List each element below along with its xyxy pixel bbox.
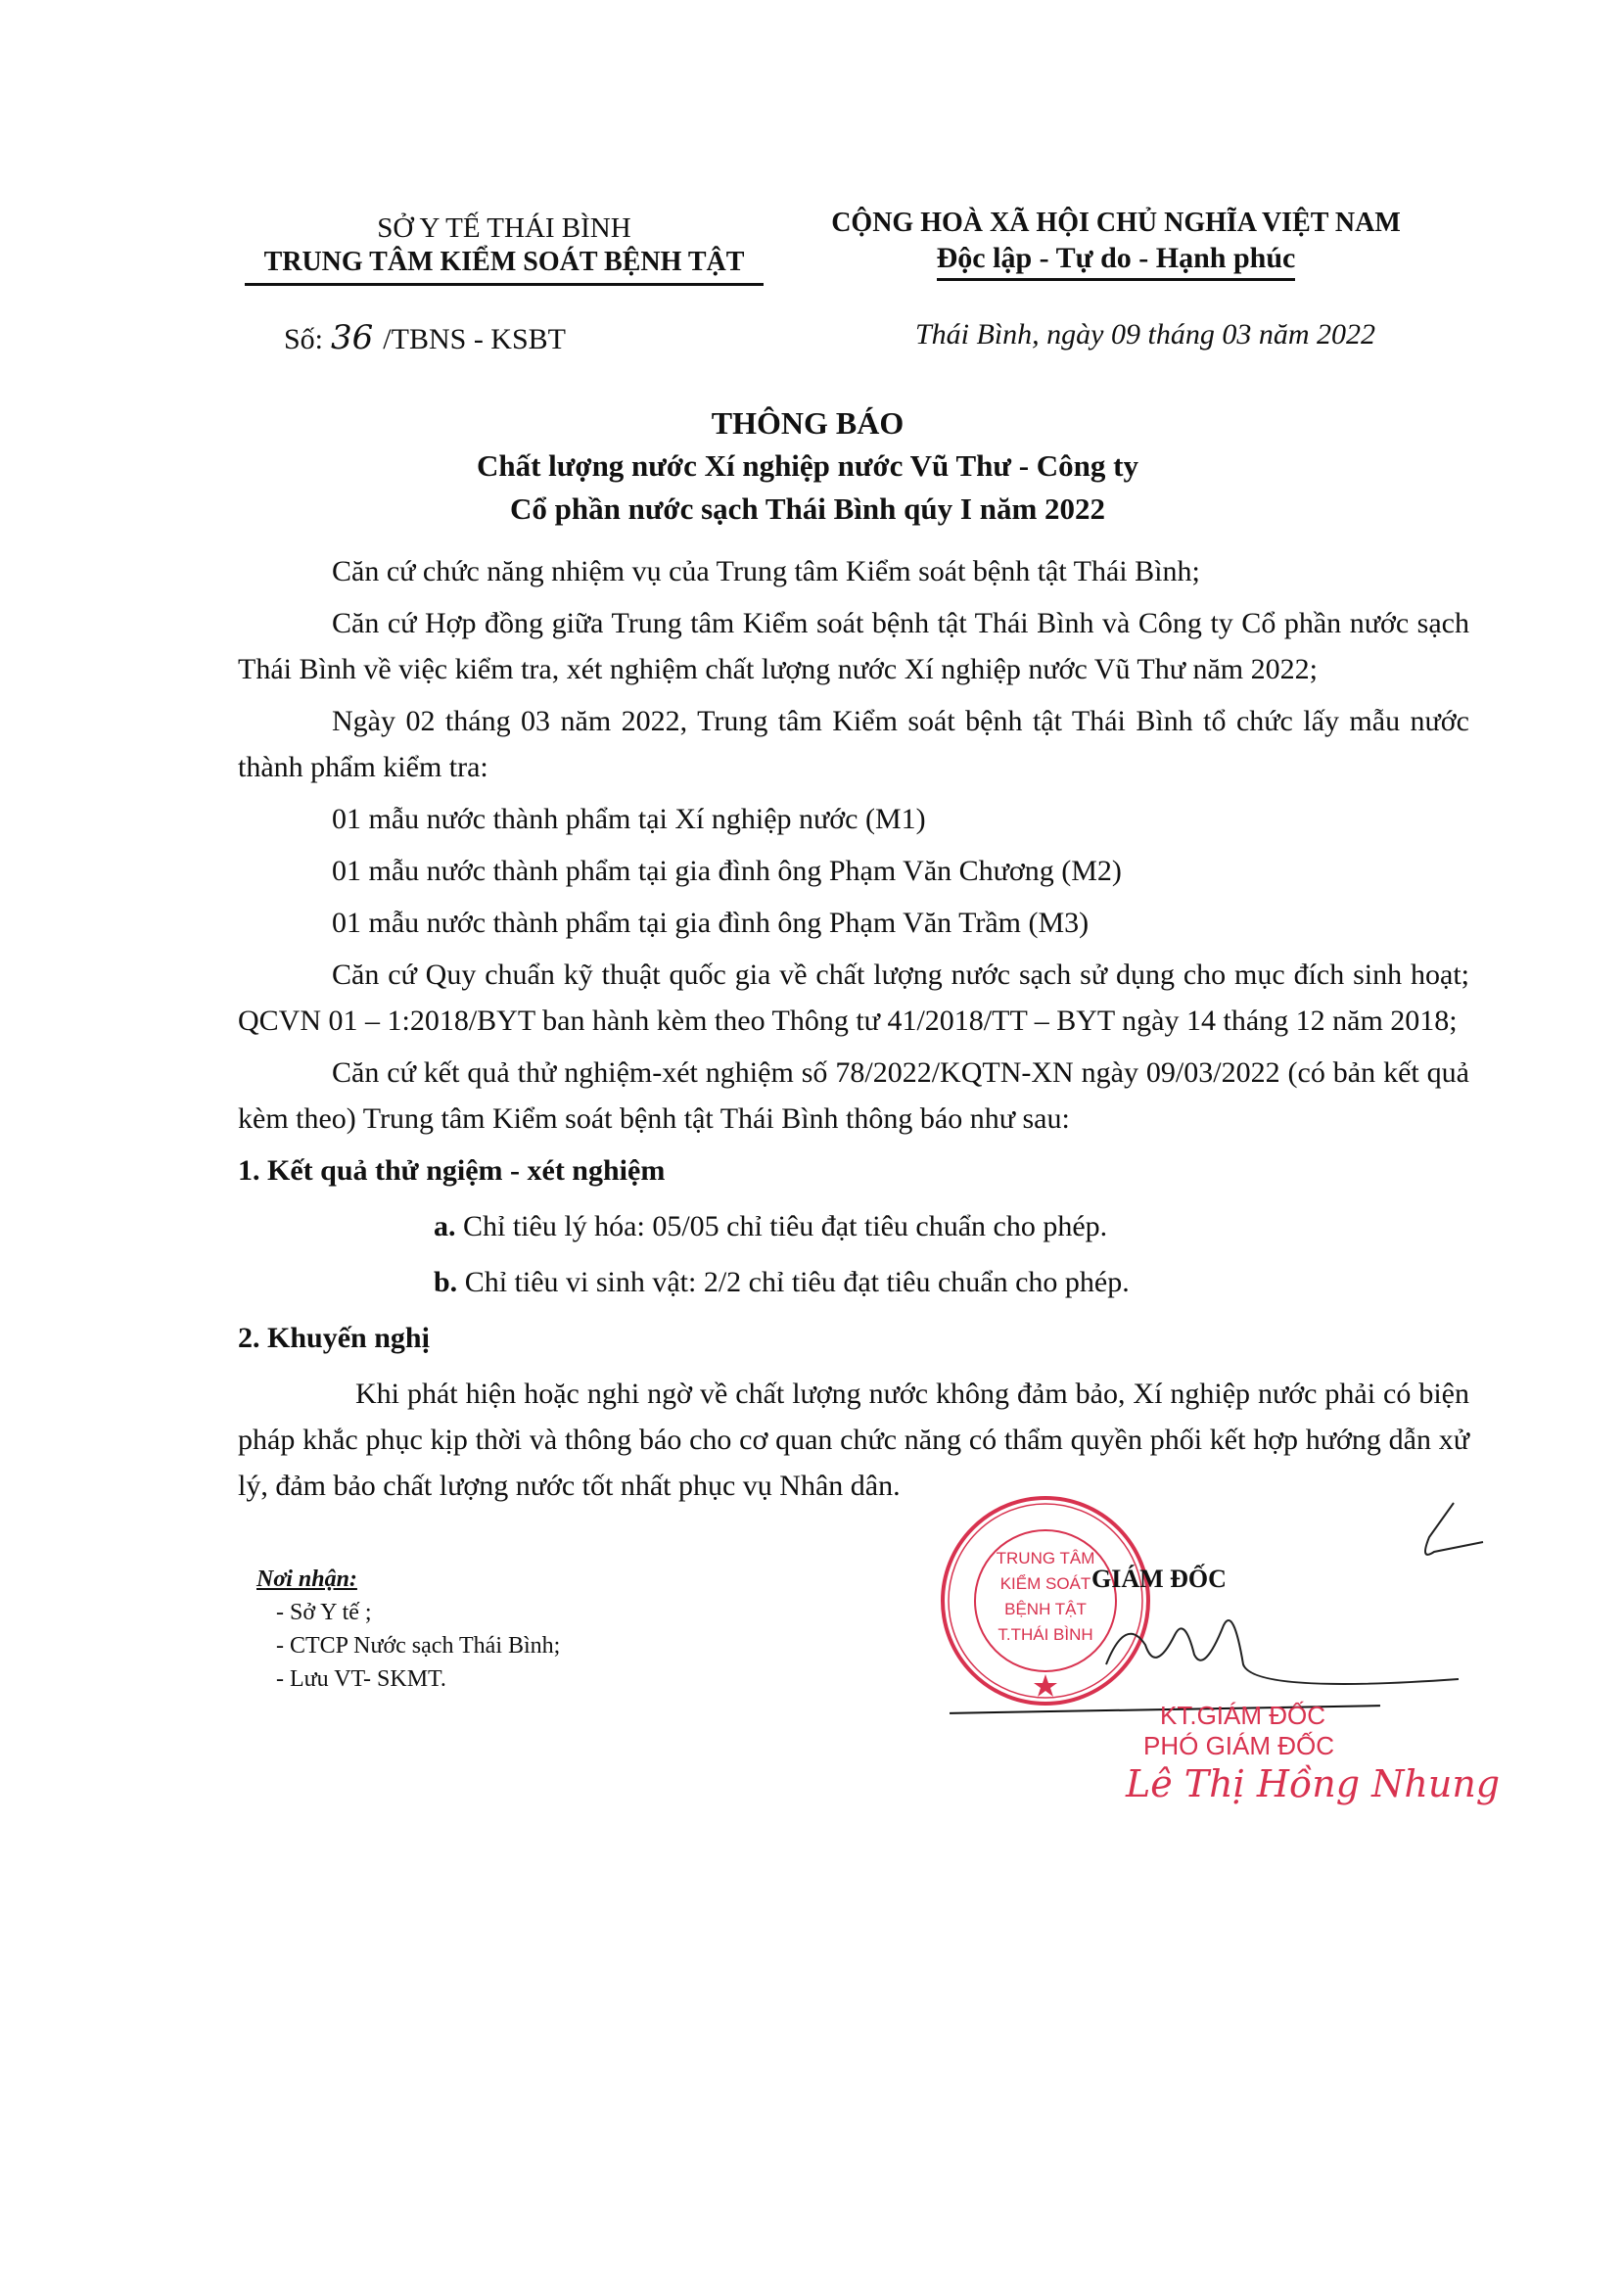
paragraph: Căn cứ Hợp đồng giữa Trung tâm Kiểm soát…	[238, 600, 1469, 692]
paragraph: Căn cứ kết quả thử nghiệm-xét nghiệm số …	[238, 1050, 1469, 1142]
svg-text:T.THÁI BÌNH: T.THÁI BÌNH	[998, 1625, 1092, 1644]
initial-mark-icon	[1410, 1498, 1488, 1567]
doc-number-handwritten: 36	[331, 318, 373, 357]
sample-item: 01 mẫu nước thành phẩm tại Xí nghiệp nướ…	[332, 796, 1469, 842]
sample-item: 01 mẫu nước thành phẩm tại gia đình ông …	[332, 848, 1469, 894]
sample-item: 01 mẫu nước thành phẩm tại gia đình ông …	[332, 900, 1469, 946]
national-motto: Độc lập - Tự do - Hạnh phúc	[937, 241, 1296, 281]
section-heading-recommendation: 2. Khuyến nghị	[238, 1315, 1469, 1361]
recipient-item: - Lưu VT- SKMT.	[256, 1662, 560, 1696]
document-body: Căn cứ chức năng nhiệm vụ của Trung tâm …	[238, 548, 1469, 1515]
doc-number-suffix: /TBNS - KSBT	[383, 323, 566, 355]
paragraph: Ngày 02 tháng 03 năm 2022, Trung tâm Kiể…	[238, 698, 1469, 790]
recipient-item: - CTCP Nước sạch Thái Bình;	[256, 1629, 560, 1662]
document-date: Thái Bình, ngày 09 tháng 03 năm 2022	[915, 318, 1375, 351]
paragraph: Căn cứ Quy chuẩn kỹ thuật quốc gia về ch…	[238, 952, 1469, 1044]
header-divider	[245, 283, 764, 286]
result-item: b. Chỉ tiêu vi sinh vật: 2/2 chỉ tiêu đạ…	[434, 1259, 1469, 1305]
document-number: Số:36/TBNS - KSBT	[284, 318, 566, 357]
issuing-agency-header: SỞ Y TẾ THÁI BÌNH TRUNG TÂM KIỂM SOÁT BỆ…	[230, 210, 778, 286]
title-sub-1: Chất lượng nước Xí nghiệp nước Vũ Thư - …	[196, 444, 1419, 488]
doc-number-prefix: Số:	[284, 323, 323, 355]
signatory-kt: KT.GIÁM ĐỐC	[1160, 1701, 1325, 1731]
section-heading-results: 1. Kết quả thử ngiệm - xét nghiệm	[238, 1147, 1469, 1193]
svg-text:KIỂM SOÁT: KIỂM SOÁT	[1000, 1574, 1091, 1593]
title-main: THÔNG BÁO	[196, 401, 1419, 444]
signatory-name: Lê Thị Hồng Nhung	[1126, 1762, 1500, 1805]
result-text: Chỉ tiêu vi sinh vật: 2/2 chỉ tiêu đạt t…	[457, 1266, 1130, 1298]
svg-text:BỆNH TẬT: BỆNH TẬT	[1004, 1600, 1087, 1618]
handwritten-signature-icon	[1087, 1596, 1478, 1704]
recipient-item: - Sở Y tế ;	[256, 1596, 560, 1629]
svg-text:TRUNG TÂM: TRUNG TÂM	[997, 1549, 1095, 1567]
recommendation-text: Khi phát hiện hoặc nghi ngờ về chất lượn…	[238, 1371, 1469, 1509]
paragraph: Căn cứ chức năng nhiệm vụ của Trung tâm …	[238, 548, 1469, 594]
recipients-heading: Nơi nhận:	[256, 1563, 560, 1596]
recipients-block: Nơi nhận: - Sở Y tế ; - CTCP Nước sạch T…	[256, 1563, 560, 1696]
result-item: a. Chỉ tiêu lý hóa: 05/05 chỉ tiêu đạt t…	[434, 1203, 1469, 1249]
parent-agency: SỞ Y TẾ THÁI BÌNH	[230, 210, 778, 246]
result-marker: a.	[434, 1210, 456, 1242]
signatory-title: GIÁM ĐỐC	[1091, 1565, 1227, 1594]
agency-name: TRUNG TÂM KIỂM SOÁT BỆNH TẬT	[230, 246, 778, 279]
document-title: THÔNG BÁO Chất lượng nước Xí nghiệp nước…	[196, 401, 1419, 531]
signatory-deputy: PHÓ GIÁM ĐỐC	[1143, 1731, 1334, 1761]
result-text: Chỉ tiêu lý hóa: 05/05 chỉ tiêu đạt tiêu…	[456, 1210, 1108, 1242]
national-motto-header: CỘNG HOÀ XÃ HỘI CHỦ NGHĨA VIỆT NAM Độc l…	[803, 206, 1429, 281]
title-sub-2: Cổ phần nước sạch Thái Bình qúy I năm 20…	[196, 488, 1419, 531]
country-name: CỘNG HOÀ XÃ HỘI CHỦ NGHĨA VIỆT NAM	[803, 206, 1429, 241]
result-marker: b.	[434, 1266, 457, 1298]
